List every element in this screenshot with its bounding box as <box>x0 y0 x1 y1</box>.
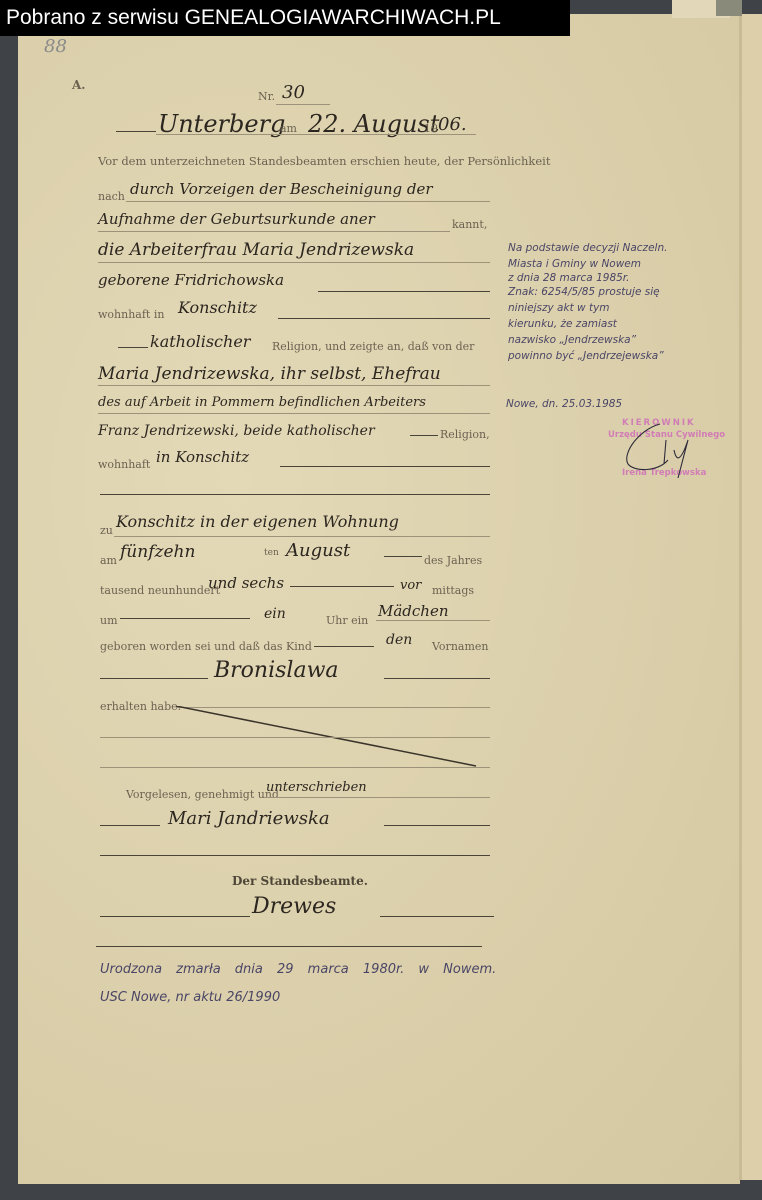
rule <box>384 825 490 826</box>
hand-line-7: katholischer <box>150 332 250 351</box>
rule <box>318 291 490 292</box>
printed-wohnhaft-1: wohnhaft in <box>98 308 164 321</box>
rule <box>376 620 490 621</box>
adjacent-page-edge <box>740 14 762 1180</box>
corner-mark: 88 <box>44 36 67 57</box>
rule <box>410 435 438 436</box>
printed-vornamen: Vornamen <box>432 640 488 653</box>
child-name: Bronislawa <box>214 658 339 683</box>
rule <box>100 825 160 826</box>
rule <box>98 413 490 414</box>
rule <box>126 201 490 202</box>
record-year-hand: 06. <box>438 114 467 135</box>
hand-line-5: geborene Fridrichowska <box>98 271 284 289</box>
hand-line-13-day: fünfzehn <box>120 542 195 562</box>
rule <box>280 466 490 467</box>
hand-line-6: Konschitz <box>178 298 257 317</box>
official-signature: Drewes <box>252 894 336 919</box>
rule <box>100 494 490 495</box>
rule <box>100 737 490 738</box>
printed-ten: ten <box>264 548 279 558</box>
printed-line-7: Religion, und zeigte an, daß von der <box>272 340 474 353</box>
section-letter: A. <box>72 78 86 92</box>
note-line: nazwisko „Jendrzewska” <box>508 334 636 346</box>
printed-kannt: kannt, <box>452 218 487 231</box>
note-line: powinno być „Jendrzejewska” <box>508 350 664 362</box>
record-number-label: Nr. <box>258 90 275 103</box>
rule <box>380 916 494 917</box>
rule <box>98 385 490 386</box>
rule <box>120 618 250 619</box>
rule <box>384 556 422 557</box>
hand-line-11: in Konschitz <box>156 448 249 466</box>
registrar-signature <box>618 420 708 480</box>
source-banner: Pobrano z serwisu GENEALOGIAWARCHIWACH.P… <box>0 0 570 36</box>
note-place-date: Nowe, dn. 25.03.1985 <box>506 398 622 410</box>
printed-vorgelesen: Vorgelesen, genehmigt und <box>126 788 279 801</box>
hand-line-2: durch Vorzeigen der Bescheinigung der <box>130 180 433 198</box>
informant-signature: Mari Jandriewska <box>168 808 330 829</box>
printed-des-jahres: des Jahres <box>424 554 482 567</box>
page-label-tag <box>716 0 742 16</box>
rule <box>100 916 250 917</box>
printed-line-1: Vor dem unterzeichneten Standesbeamten e… <box>98 154 550 168</box>
bottom-note-line-1: Urodzona zmarła dnia 29 marca 1980r. w N… <box>100 962 496 977</box>
record-number: 30 <box>282 82 305 103</box>
note-line: Na podstawie decyzji Naczeln. <box>508 242 667 254</box>
hand-line-12: Konschitz in der eigenen Wohnung <box>116 512 399 531</box>
printed-wohnhaft-2: wohnhaft <box>98 458 150 471</box>
hand-line-14-vor: vor <box>400 578 421 593</box>
hand-line-10: Franz Jendrizewski, beide katholischer <box>98 423 375 439</box>
rule <box>100 767 490 768</box>
printed-um: um <box>100 614 118 627</box>
hand-line-15-sex: Mädchen <box>378 602 449 620</box>
hand-line-13-month: August <box>286 540 350 561</box>
hand-line-8: Maria Jendrizewska, ihr selbst, Ehefrau <box>98 364 441 384</box>
note-line: z dnia 28 marca 1985r. <box>508 272 630 284</box>
bottom-note-line-2: USC Nowe, nr aktu 26/1990 <box>100 990 280 1005</box>
note-line: Miasta i Gminy w Nowem <box>508 258 641 270</box>
rule <box>98 262 490 263</box>
rule <box>264 797 490 798</box>
printed-religion-2: Religion, <box>440 428 490 441</box>
note-line: kierunku, że zamiast <box>508 318 617 330</box>
rule <box>156 134 476 135</box>
printed-nach: nach <box>98 190 125 203</box>
hand-line-16: den <box>386 632 412 648</box>
strike-through-line <box>176 706 496 770</box>
rule <box>314 646 374 647</box>
rule <box>114 536 490 537</box>
rule <box>384 678 490 679</box>
rule <box>100 855 490 856</box>
hand-line-4: die Arbeiterfrau Maria Jendrizewska <box>98 240 414 260</box>
printed-tausend: tausend neunhundert <box>100 584 220 597</box>
rule <box>276 104 330 105</box>
hand-line-15-hour: ein <box>264 606 286 622</box>
rule <box>100 678 208 679</box>
printed-erhalten-habe: erhalten habe. <box>100 700 181 713</box>
hand-line-3: Aufnahme der Geburtsurkunde aner <box>98 210 375 228</box>
rule <box>118 347 148 348</box>
note-line: Znak: 6254/5/85 prostuje się <box>508 286 660 298</box>
printed-geboren: geboren worden sei und daß das Kind <box>100 640 312 653</box>
rule <box>278 318 490 319</box>
rule <box>96 946 482 947</box>
printed-zu: zu <box>100 524 113 537</box>
rule <box>116 131 156 132</box>
hand-line-14-year: und sechs <box>208 574 284 592</box>
printed-am: am <box>100 554 117 567</box>
printed-uhr-ein: Uhr ein <box>326 614 368 627</box>
rule <box>98 231 450 232</box>
note-line: niniejszy akt w tym <box>508 302 610 314</box>
printed-mittags: mittags <box>432 584 474 597</box>
hand-line-9: des auf Arbeit in Pommern befindlichen A… <box>98 395 426 410</box>
rule <box>290 586 394 587</box>
official-title: Der Standesbeamte. <box>232 874 368 888</box>
hand-unterschrieben: unterschrieben <box>266 780 367 795</box>
